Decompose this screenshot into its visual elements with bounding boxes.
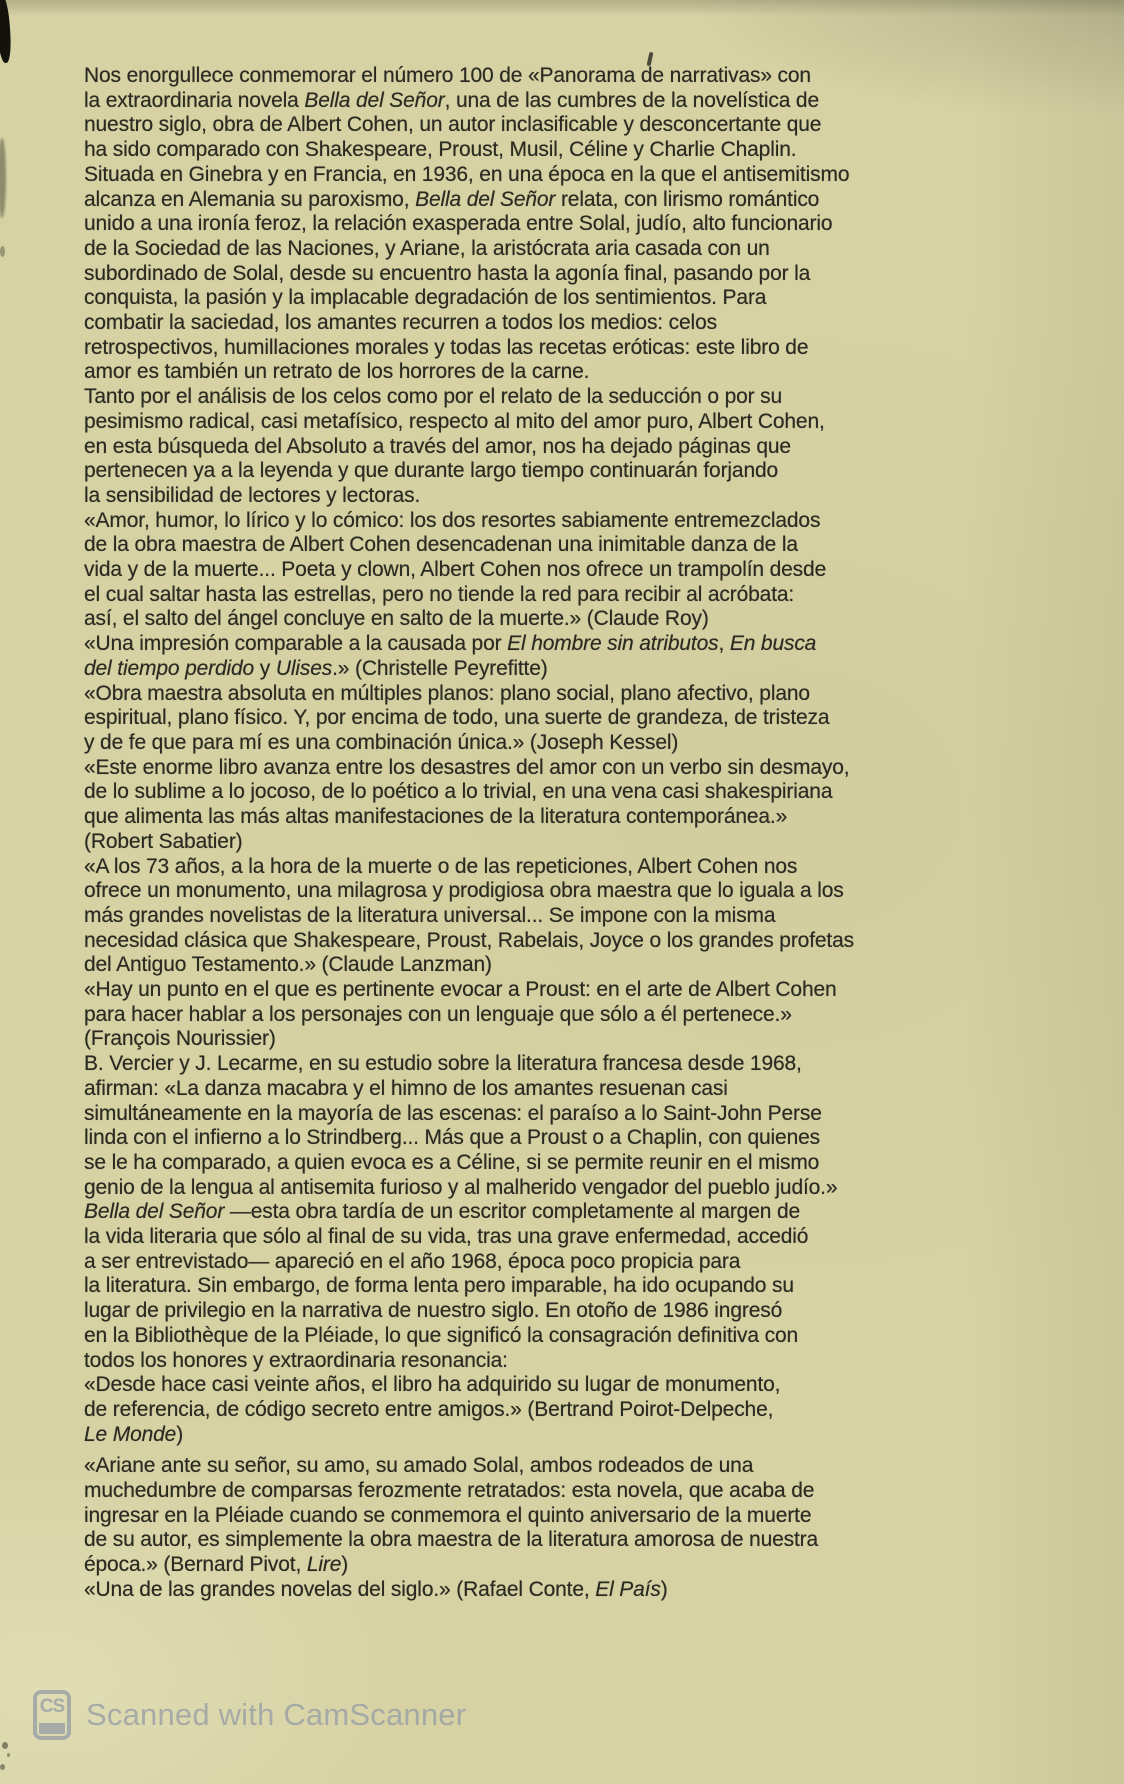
paragraph-11: «Desde hace casi veinte años, el libro h… — [84, 1373, 1084, 1447]
scan-artifact-corner-mark — [0, 0, 12, 63]
camscanner-logo-base-bar — [39, 1723, 65, 1734]
scan-artifact-dot — [7, 1753, 10, 1757]
paragraph-10: Bella del Señor —esta obra tardía de un … — [84, 1200, 1084, 1373]
scan-artifact-edge-smudge — [0, 138, 6, 218]
scan-artifact-speck — [0, 246, 5, 257]
paragraph-3: «Amor, humor, lo lírico y lo cómico: los… — [84, 509, 1084, 633]
paragraph-5: «Obra maestra absoluta en múltiples plan… — [84, 682, 1084, 756]
paragraph-7: «A los 73 años, a la hora de la muerte o… — [84, 855, 1084, 979]
paragraph-4: «Una impresión comparable a la causada p… — [84, 632, 1084, 681]
scanned-page: Nos enorgullece conmemorar el número 100… — [0, 0, 1124, 1784]
camscanner-logo-icon: CS — [33, 1690, 71, 1740]
paragraph-1: Nos enorgullece conmemorar el número 100… — [84, 64, 1084, 385]
camscanner-watermark: CS Scanned with CamScanner — [33, 1690, 466, 1740]
scan-artifact-dot — [0, 1764, 5, 1770]
paragraph-8: «Hay un punto en el que es pertinente ev… — [84, 978, 1084, 1052]
paragraph-12: «Ariane ante su señor, su amo, su amado … — [84, 1454, 1084, 1578]
paragraph-13: «Una de las grandes novelas del siglo.» … — [84, 1578, 1084, 1603]
camscanner-logo-letters: CS — [37, 1696, 67, 1718]
paragraph-2: Tanto por el análisis de los celos como … — [84, 385, 1084, 509]
paragraph-9: B. Vercier y J. Lecarme, en su estudio s… — [84, 1052, 1084, 1200]
camscanner-label: Scanned with CamScanner — [86, 1697, 466, 1733]
paragraph-6: «Este enorme libro avanza entre los desa… — [84, 756, 1084, 855]
book-blurb-text: Nos enorgullece conmemorar el número 100… — [84, 64, 1084, 1603]
scan-artifact-dot — [2, 1742, 8, 1749]
